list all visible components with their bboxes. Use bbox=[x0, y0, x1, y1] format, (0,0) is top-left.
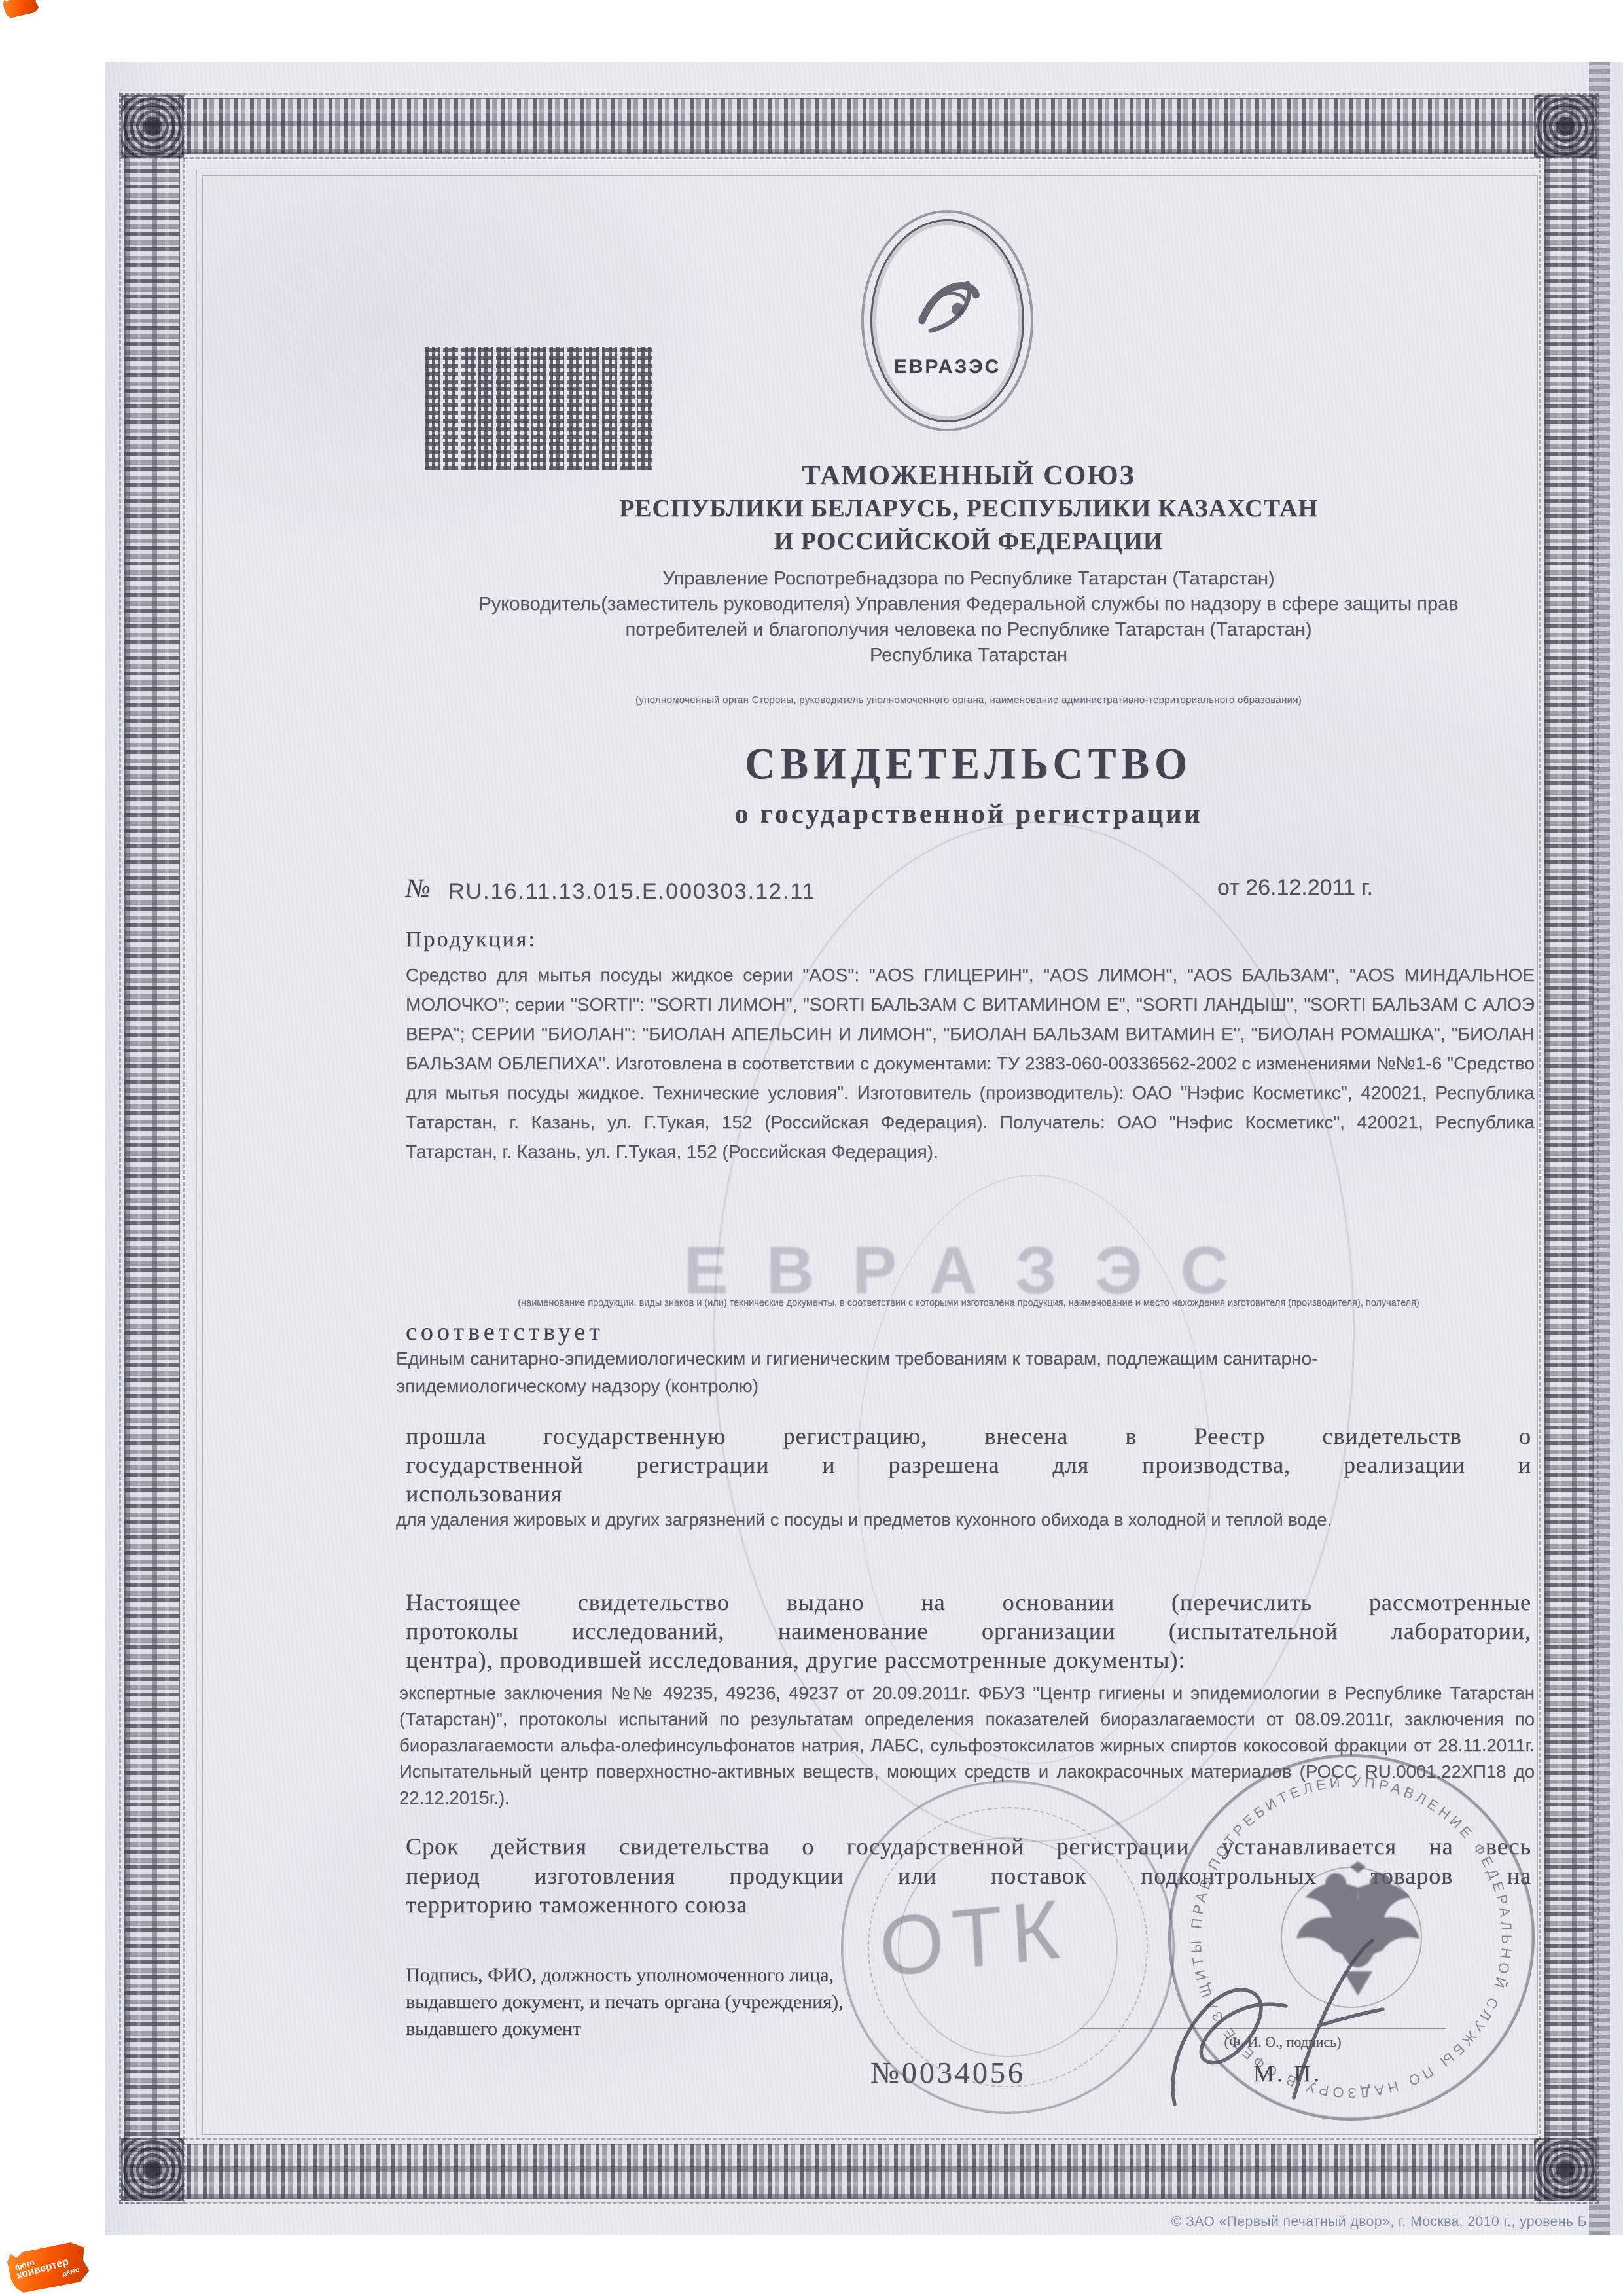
scan-edge-shadow bbox=[1589, 62, 1610, 2235]
authority-line-4: Республика Татарстан bbox=[406, 645, 1531, 666]
authority-line-2: Руководитель(заместитель руководителя) У… bbox=[353, 594, 1584, 615]
basis-line-1: Настоящее свидетельство выдано на основа… bbox=[406, 1588, 1531, 1616]
fio-note: (Ф. И. О., подпись) bbox=[1099, 2034, 1466, 2051]
otk-stamp-label: ОТК bbox=[877, 1880, 1069, 1996]
certificate-scan: ЕВРАЗЭС ЕВРАЗЭС ТАМОЖЕННЫЙ СОЮЗ РЕСПУБЛИ… bbox=[105, 62, 1623, 2235]
border-band-left bbox=[124, 98, 180, 2199]
corner-rosette-top-right bbox=[1534, 95, 1597, 158]
demo-watermark-sticker-bottom: фото конвертер демо bbox=[6, 2238, 92, 2296]
corner-rosette-bottom-left bbox=[121, 2138, 184, 2201]
corresponds-label: соответствует bbox=[406, 1318, 604, 1346]
border-band-right bbox=[1544, 98, 1594, 2199]
certificate-subtitle: о государственной регистрации bbox=[406, 798, 1531, 830]
eurasec-medallion: ЕВРАЗЭС bbox=[870, 219, 1024, 422]
heading-federation: И РОССИЙСКОЙ ФЕДЕРАЦИИ bbox=[406, 527, 1531, 556]
signature-caption-3: выдавшего документ bbox=[406, 2015, 877, 2042]
status-line-3: использования bbox=[406, 1480, 1531, 1507]
reg-number: RU.16.11.13.015.E.000303.12.11 bbox=[448, 879, 816, 905]
border-band-top bbox=[124, 98, 1594, 154]
medallion-org-label: ЕВРАЗЭС bbox=[894, 356, 1001, 378]
eurasec-logo-icon bbox=[905, 264, 990, 352]
reg-date: от 26.12.2011 г. bbox=[1217, 875, 1373, 901]
authority-line-1: Управление Роспотребнадзора по Республик… bbox=[406, 568, 1531, 590]
compliance-line-2: эпидемиологическому надзору (контролю) bbox=[396, 1376, 1535, 1397]
barcode-block bbox=[425, 347, 654, 470]
basis-line-2: протоколы исследований, наименование орг… bbox=[406, 1617, 1531, 1645]
basis-line-3: центра), проводившей исследования, други… bbox=[406, 1646, 1531, 1674]
signature-scribble bbox=[1122, 1911, 1404, 2121]
signature-caption-2: выдавшего документ, и печать органа (учр… bbox=[406, 1988, 877, 2015]
heading-union: ТАМОЖЕННЫЙ СОЮЗ bbox=[406, 460, 1531, 492]
footer-copyright: © ЗАО «Первый печатный двор», г. Москва,… bbox=[1171, 2214, 1587, 2230]
status-line-1: прошла государственную регистрацию, внес… bbox=[406, 1422, 1531, 1450]
product-description: Средство для мытья посуды жидкое серии "… bbox=[406, 960, 1535, 1166]
demo-watermark-sticker-top bbox=[2, 0, 40, 20]
signature-caption-1: Подпись, ФИО, должность уполномоченного … bbox=[406, 1962, 877, 1988]
corner-rosette-top-left bbox=[121, 95, 184, 158]
status-line-2: государственной регистрации и разрешена … bbox=[406, 1451, 1531, 1479]
authority-note: (уполномоченный орган Стороны, руководит… bbox=[380, 694, 1558, 706]
product-label: Продукция: bbox=[406, 927, 537, 952]
corner-rosette-bottom-right bbox=[1534, 2138, 1597, 2201]
reg-number-label: № bbox=[406, 872, 431, 903]
page: ЕВРАЗЭС ЕВРАЗЭС ТАМОЖЕННЫЙ СОЮЗ РЕСПУБЛИ… bbox=[0, 0, 1623, 2296]
authority-line-3: потребителей и благополучия человека по … bbox=[406, 619, 1531, 641]
usage-line: для удаления жировых и других загрязнени… bbox=[396, 1510, 1541, 1530]
compliance-line-1: Единым санитарно-эпидемиологическим и ги… bbox=[396, 1348, 1535, 1369]
mp-label: М. П. bbox=[1253, 2060, 1322, 2087]
certificate-title: СВИДЕТЕЛЬСТВО bbox=[406, 738, 1531, 789]
doc-number: №0034056 bbox=[870, 2055, 1026, 2090]
border-band-bottom bbox=[124, 2144, 1594, 2199]
heading-republics: РЕСПУБЛИКИ БЕЛАРУСЬ, РЕСПУБЛИКИ КАЗАХСТА… bbox=[406, 494, 1531, 523]
signature-caption: Подпись, ФИО, должность уполномоченного … bbox=[406, 1962, 877, 2042]
signature-line bbox=[1080, 2028, 1446, 2029]
product-note: (наименование продукции, виды знаков и (… bbox=[393, 1298, 1544, 1308]
